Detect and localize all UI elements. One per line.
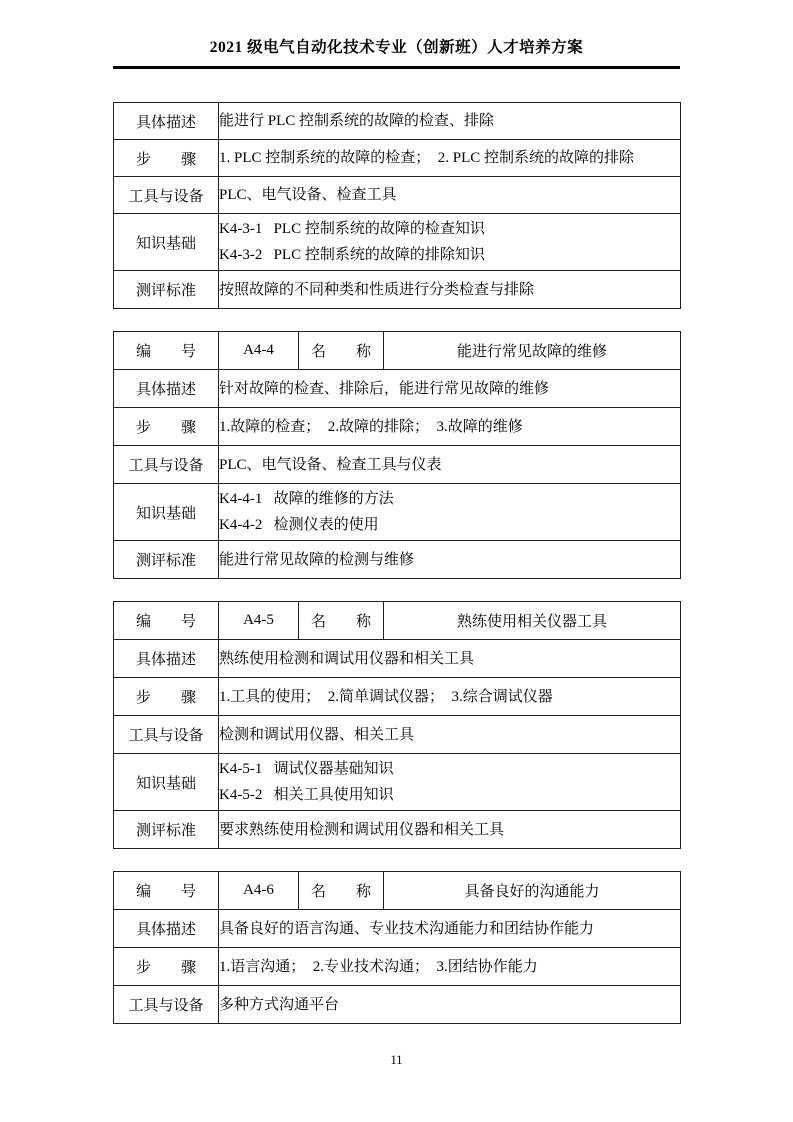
table-row: 具体描述 针对故障的检查、排除后，能进行常见故障的维修 xyxy=(114,370,681,408)
table-row: 工具与设备 PLC、电气设备、检查工具与仪表 xyxy=(114,446,681,484)
row-content-cell: 针对故障的检查、排除后，能进行常见故障的维修 xyxy=(219,370,681,408)
table-header-row: 编 号 A4-6 名 称 具备良好的沟通能力 xyxy=(114,872,681,910)
document-page: 2021 级电气自动化技术专业（创新班）人才培养方案 具体描述 能进行 PLC … xyxy=(0,0,793,1122)
row-label-cell: 步 骤 xyxy=(114,948,219,986)
row-label-cell: 知识基础 xyxy=(114,754,219,811)
task-number-cell: A4-5 xyxy=(219,602,299,640)
row-label-cell: 步 骤 xyxy=(114,408,219,446)
row-label-cell: 工具与设备 xyxy=(114,716,219,754)
page-number: 11 xyxy=(0,1053,793,1068)
row-label-cell: 编 号 xyxy=(114,872,219,910)
row-label-cell: 步 骤 xyxy=(114,678,219,716)
row-content-cell: 多种方式沟通平台 xyxy=(219,986,681,1024)
table-row: 测评标准 能进行常见故障的检测与维修 xyxy=(114,541,681,579)
row-content-cell: K4-5-1 调试仪器基础知识 K4-5-2 相关工具使用知识 xyxy=(219,754,681,811)
row-label-cell: 具体描述 xyxy=(114,370,219,408)
task-number-cell: A4-6 xyxy=(219,872,299,910)
row-label-cell: 名 称 xyxy=(299,332,384,370)
row-content-cell: 能进行 PLC 控制系统的故障的检查、排除 xyxy=(219,103,681,140)
row-content-cell: 要求熟练使用检测和调试用仪器和相关工具 xyxy=(219,811,681,849)
row-content-cell: 能进行常见故障的检测与维修 xyxy=(219,541,681,579)
table-row: 步 骤 1.故障的检查； 2.故障的排除； 3.故障的维修 xyxy=(114,408,681,446)
table-row: 知识基础 K4-3-1 PLC 控制系统的故障的检查知识 K4-3-2 PLC … xyxy=(114,214,681,271)
task-title-cell: 熟练使用相关仪器工具 xyxy=(384,602,681,640)
page-header-title: 2021 级电气自动化技术专业（创新班）人才培养方案 xyxy=(113,35,680,57)
row-label-cell: 具体描述 xyxy=(114,910,219,948)
task-table-a4-5: 编 号 A4-5 名 称 熟练使用相关仪器工具 具体描述 熟练使用检测和调试用仪… xyxy=(113,601,681,849)
row-content-cell: 检测和调试用仪器、相关工具 xyxy=(219,716,681,754)
row-content-cell: K4-3-1 PLC 控制系统的故障的检查知识 K4-3-2 PLC 控制系统的… xyxy=(219,214,681,271)
table-row: 具体描述 能进行 PLC 控制系统的故障的检查、排除 xyxy=(114,103,681,140)
row-label-cell: 编 号 xyxy=(114,602,219,640)
row-content-cell: K4-4-1 故障的维修的方法 K4-4-2 检测仪表的使用 xyxy=(219,484,681,541)
task-table-a4-3: 具体描述 能进行 PLC 控制系统的故障的检查、排除 步 骤 1. PLC 控制… xyxy=(113,102,681,309)
table-row: 工具与设备 检测和调试用仪器、相关工具 xyxy=(114,716,681,754)
table-row: 具体描述 具备良好的语言沟通、专业技术沟通能力和团结协作能力 xyxy=(114,910,681,948)
row-label-cell: 知识基础 xyxy=(114,214,219,271)
row-content-cell: 1.工具的使用； 2.简单调试仪器； 3.综合调试仪器 xyxy=(219,678,681,716)
header-double-rule xyxy=(113,66,680,69)
row-label-cell: 工具与设备 xyxy=(114,177,219,214)
row-content-cell: PLC、电气设备、检查工具 xyxy=(219,177,681,214)
row-label-cell: 编 号 xyxy=(114,332,219,370)
row-content-cell: 熟练使用检测和调试用仪器和相关工具 xyxy=(219,640,681,678)
task-table-a4-6: 编 号 A4-6 名 称 具备良好的沟通能力 具体描述 具备良好的语言沟通、专业… xyxy=(113,871,681,1024)
row-content-cell: 1.语言沟通； 2.专业技术沟通； 3.团结协作能力 xyxy=(219,948,681,986)
row-content-cell: 具备良好的语言沟通、专业技术沟通能力和团结协作能力 xyxy=(219,910,681,948)
row-label-cell: 测评标准 xyxy=(114,541,219,579)
table-row: 具体描述 熟练使用检测和调试用仪器和相关工具 xyxy=(114,640,681,678)
row-label-cell: 工具与设备 xyxy=(114,446,219,484)
row-label-cell: 名 称 xyxy=(299,602,384,640)
row-label-cell: 具体描述 xyxy=(114,640,219,678)
row-label-cell: 工具与设备 xyxy=(114,986,219,1024)
row-content-cell: 按照故障的不同种类和性质进行分类检查与排除 xyxy=(219,271,681,309)
row-content-cell: PLC、电气设备、检查工具与仪表 xyxy=(219,446,681,484)
table-row: 知识基础 K4-4-1 故障的维修的方法 K4-4-2 检测仪表的使用 xyxy=(114,484,681,541)
table-row: 步 骤 1. PLC 控制系统的故障的检查； 2. PLC 控制系统的故障的排除 xyxy=(114,140,681,177)
row-label-cell: 具体描述 xyxy=(114,103,219,140)
row-label-cell: 测评标准 xyxy=(114,811,219,849)
task-table-a4-4: 编 号 A4-4 名 称 能进行常见故障的维修 具体描述 针对故障的检查、排除后… xyxy=(113,331,681,579)
task-title-cell: 能进行常见故障的维修 xyxy=(384,332,681,370)
table-row: 步 骤 1.语言沟通； 2.专业技术沟通； 3.团结协作能力 xyxy=(114,948,681,986)
table-row: 工具与设备 多种方式沟通平台 xyxy=(114,986,681,1024)
table-header-row: 编 号 A4-4 名 称 能进行常见故障的维修 xyxy=(114,332,681,370)
row-label-cell: 步 骤 xyxy=(114,140,219,177)
table-row: 知识基础 K4-5-1 调试仪器基础知识 K4-5-2 相关工具使用知识 xyxy=(114,754,681,811)
row-content-cell: 1. PLC 控制系统的故障的检查； 2. PLC 控制系统的故障的排除 xyxy=(219,140,681,177)
task-number-cell: A4-4 xyxy=(219,332,299,370)
task-title-cell: 具备良好的沟通能力 xyxy=(384,872,681,910)
row-label-cell: 名 称 xyxy=(299,872,384,910)
table-header-row: 编 号 A4-5 名 称 熟练使用相关仪器工具 xyxy=(114,602,681,640)
table-row: 测评标准 要求熟练使用检测和调试用仪器和相关工具 xyxy=(114,811,681,849)
table-row: 工具与设备 PLC、电气设备、检查工具 xyxy=(114,177,681,214)
row-label-cell: 测评标准 xyxy=(114,271,219,309)
table-row: 测评标准 按照故障的不同种类和性质进行分类检查与排除 xyxy=(114,271,681,309)
table-row: 步 骤 1.工具的使用； 2.简单调试仪器； 3.综合调试仪器 xyxy=(114,678,681,716)
row-content-cell: 1.故障的检查； 2.故障的排除； 3.故障的维修 xyxy=(219,408,681,446)
row-label-cell: 知识基础 xyxy=(114,484,219,541)
